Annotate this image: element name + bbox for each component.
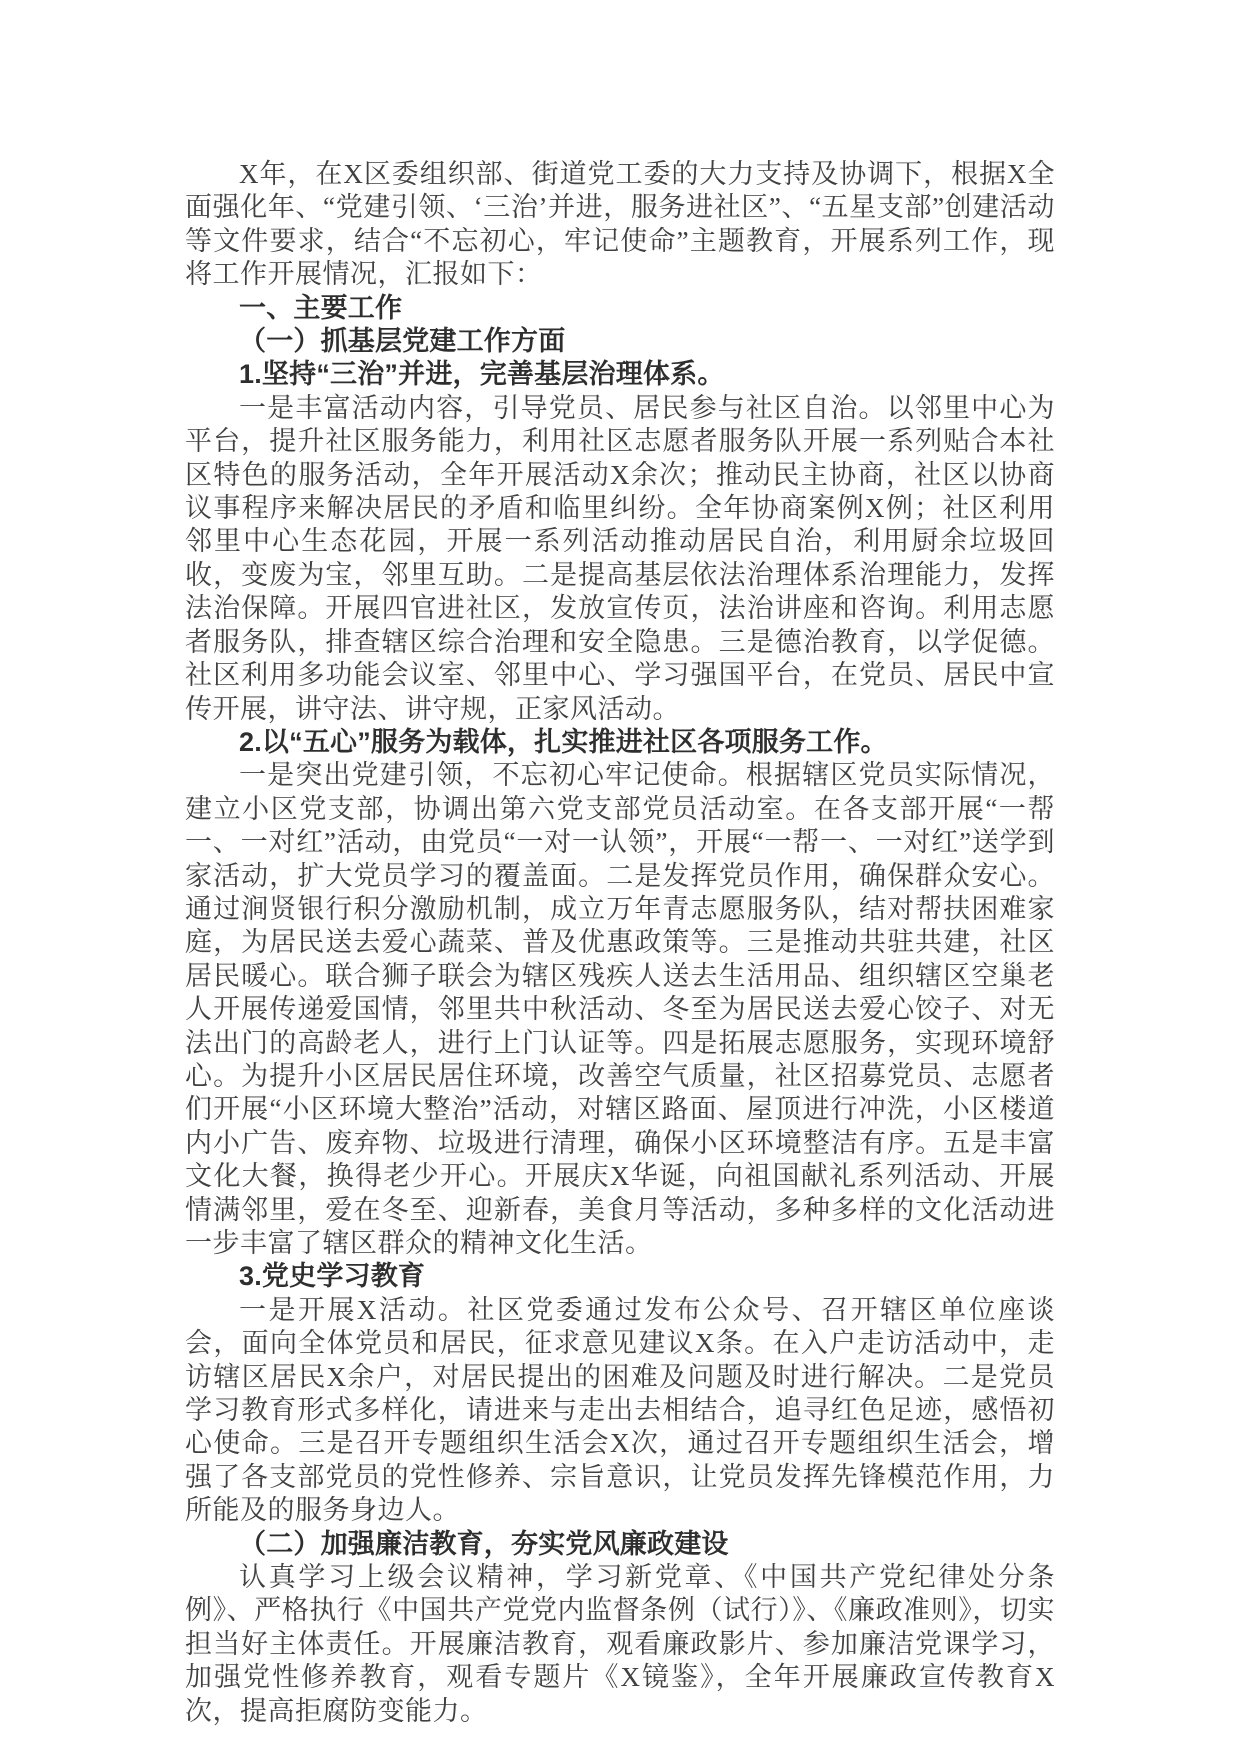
item-heading-three-governance: 1.坚持“三治”并进，完善基层治理体系。 bbox=[185, 358, 1055, 391]
paragraph-three-governance: 一是丰富活动内容，引导党员、居民参与社区自治。以邻里中心为平台，提升社区服务能力… bbox=[185, 392, 1055, 726]
paragraph-integrity-education: 认真学习上级会议精神，学习新党章、《中国共产党纪律处分条例》、严格执行《中国共产… bbox=[185, 1561, 1055, 1728]
item-heading-five-hearts-service: 2.以“五心”服务为载体，扎实推进社区各项服务工作。 bbox=[185, 726, 1055, 759]
section-heading-main-work: 一、主要工作 bbox=[185, 292, 1055, 325]
item-heading-party-history-study: 3.党史学习教育 bbox=[185, 1260, 1055, 1293]
paragraph-five-hearts-service: 一是突出党建引领，不忘初心牢记使命。根据辖区党员实际情况，建立小区党支部，协调出… bbox=[185, 759, 1055, 1260]
subsection-heading-integrity-education: （二）加强廉洁教育，夯实党风廉政建设 bbox=[185, 1528, 1055, 1561]
opening-paragraph: X年，在X区委组织部、街道党工委的大力支持及协调下，根据X全面强化年、“党建引领… bbox=[185, 158, 1055, 292]
document-page: X年，在X区委组织部、街道党工委的大力支持及协调下，根据X全面强化年、“党建引领… bbox=[0, 0, 1240, 1754]
document-body: X年，在X区委组织部、街道党工委的大力支持及协调下，根据X全面强化年、“党建引领… bbox=[185, 158, 1055, 1728]
subsection-heading-party-building: （一）抓基层党建工作方面 bbox=[185, 325, 1055, 358]
paragraph-party-history-study: 一是开展X活动。社区党委通过发布公众号、召开辖区单位座谈会，面向全体党员和居民，… bbox=[185, 1294, 1055, 1528]
